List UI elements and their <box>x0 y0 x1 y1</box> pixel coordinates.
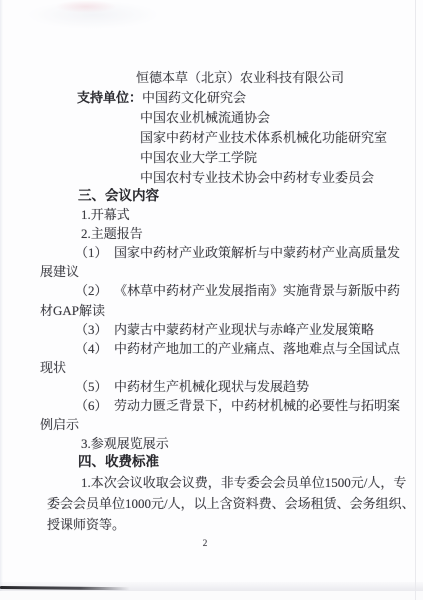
support-unit: 中国农业机械流通协会 <box>40 108 407 128</box>
meeting-content-line: 1.开幕式 <box>40 205 409 224</box>
support-unit: 中国药文化研究会 <box>142 90 246 105</box>
support-unit: 中国农业大学工学院 <box>40 148 407 168</box>
meeting-content-line: （2） 《林草中药材产业发展指南》实施背景与新版中药 <box>40 281 409 300</box>
meeting-content-line: 例启示 <box>40 415 409 434</box>
fee-lines: 1.本次会议收取会议费，非专委会会员单位1500元/人，专委会会员单位1000元… <box>40 473 409 535</box>
meeting-content-line: （5） 中药材生产机械化现状与发展趋势 <box>40 377 409 396</box>
meeting-content-line: 展建议 <box>40 262 409 281</box>
section-heading-fees: 四、收费标准 <box>40 451 409 473</box>
support-unit: 中国农村专业技术协会中药材专业委员会 <box>40 168 407 188</box>
scan-right-edge <box>415 0 416 600</box>
section-fees: 四、收费标准 1.本次会议收取会议费，非专委会会员单位1500元/人，专委会会员… <box>40 451 409 535</box>
meeting-content-line: （3） 内蒙古中蒙药材产业现状与赤峰产业发展策略 <box>40 320 409 339</box>
meeting-content-line: （1） 国家中药材产业政策解析与中蒙药材产业高质量发 <box>40 243 409 262</box>
meeting-content-line: 材GAP解读 <box>40 301 409 320</box>
meeting-content-line: （6） 劳动力匮乏背景下，中药材机械的必要性与拓明案 <box>40 396 409 415</box>
scan-bottom-margin <box>0 591 423 600</box>
scan-smudge-pink <box>55 0 117 13</box>
company-name: 恒德本草（北京）农业科技有限公司 <box>40 68 407 88</box>
meeting-content-lines: 1.开幕式2.主题报告（1） 国家中药材产业政策解析与中蒙药材产业高质量发展建议… <box>40 205 409 453</box>
fee-line: 委会会员单位1000元/人，以上含资料费、会场租赁、会务组织、 <box>40 494 409 515</box>
scan-left-edge <box>0 0 3 600</box>
support-units-label: 支持单位： <box>77 90 142 105</box>
section-heading-meeting: 三、会议内容 <box>40 186 409 205</box>
meeting-content-line: 现状 <box>40 358 409 377</box>
header-organizations: 恒德本草（北京）农业科技有限公司 支持单位：中国药文化研究会 中国农业机械流通协… <box>40 68 407 188</box>
support-unit: 国家中药材产业技术体系机械化功能研究室 <box>40 128 407 148</box>
page-number: 2 <box>0 539 410 549</box>
meeting-content-line: （4） 中药材产地加工的产业痛点、落地难点与全国试点 <box>40 339 409 358</box>
document-page: 恒德本草（北京）农业科技有限公司 支持单位：中国药文化研究会 中国农业机械流通协… <box>0 0 423 600</box>
fee-line: 授课师资等。 <box>40 515 409 536</box>
support-units-row: 支持单位：中国药文化研究会 <box>40 88 407 108</box>
fee-line: 1.本次会议收取会议费，非专委会会员单位1500元/人，专 <box>40 473 409 494</box>
section-meeting-content: 三、会议内容 1.开幕式2.主题报告（1） 国家中药材产业政策解析与中蒙药材产业… <box>40 186 409 453</box>
meeting-content-line: 2.主题报告 <box>40 224 409 243</box>
